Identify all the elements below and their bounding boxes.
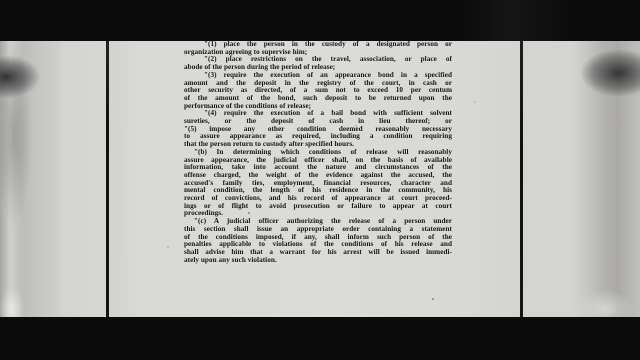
document-page: "(1) place the person in the custody of … — [109, 41, 520, 317]
left-page-margin — [0, 41, 106, 317]
ink-speck — [248, 212, 250, 214]
statute-paragraph: "(c) A judicial officer authorizing the … — [184, 218, 452, 264]
statute-text-block: "(1) place the person in the custody of … — [184, 41, 452, 264]
ink-speck — [355, 125, 357, 127]
ink-speck — [167, 246, 169, 248]
statute-paragraph: "(4) require the execution of a bail bon… — [184, 110, 452, 149]
text-line: ings or of flight to avoid prosecution o… — [184, 203, 452, 211]
ink-speck — [474, 101, 476, 103]
ink-speck — [432, 298, 434, 300]
statute-paragraph: "(3) require the execution of an appeara… — [184, 72, 452, 111]
right-page-margin — [523, 41, 640, 317]
statute-paragraph: "(b) In determining which conditions of … — [184, 149, 452, 218]
video-frame: "(1) place the person in the custody of … — [0, 0, 640, 360]
letterbox-top — [0, 0, 640, 41]
statute-paragraph: "(1) place the person in the custody of … — [184, 41, 452, 56]
statute-paragraph: "(2) place restrictions on the travel, a… — [184, 56, 452, 71]
scanned-page-area: "(1) place the person in the custody of … — [0, 41, 640, 317]
letterbox-bottom — [0, 317, 640, 360]
text-line: ately upon any such violation. — [184, 257, 452, 265]
